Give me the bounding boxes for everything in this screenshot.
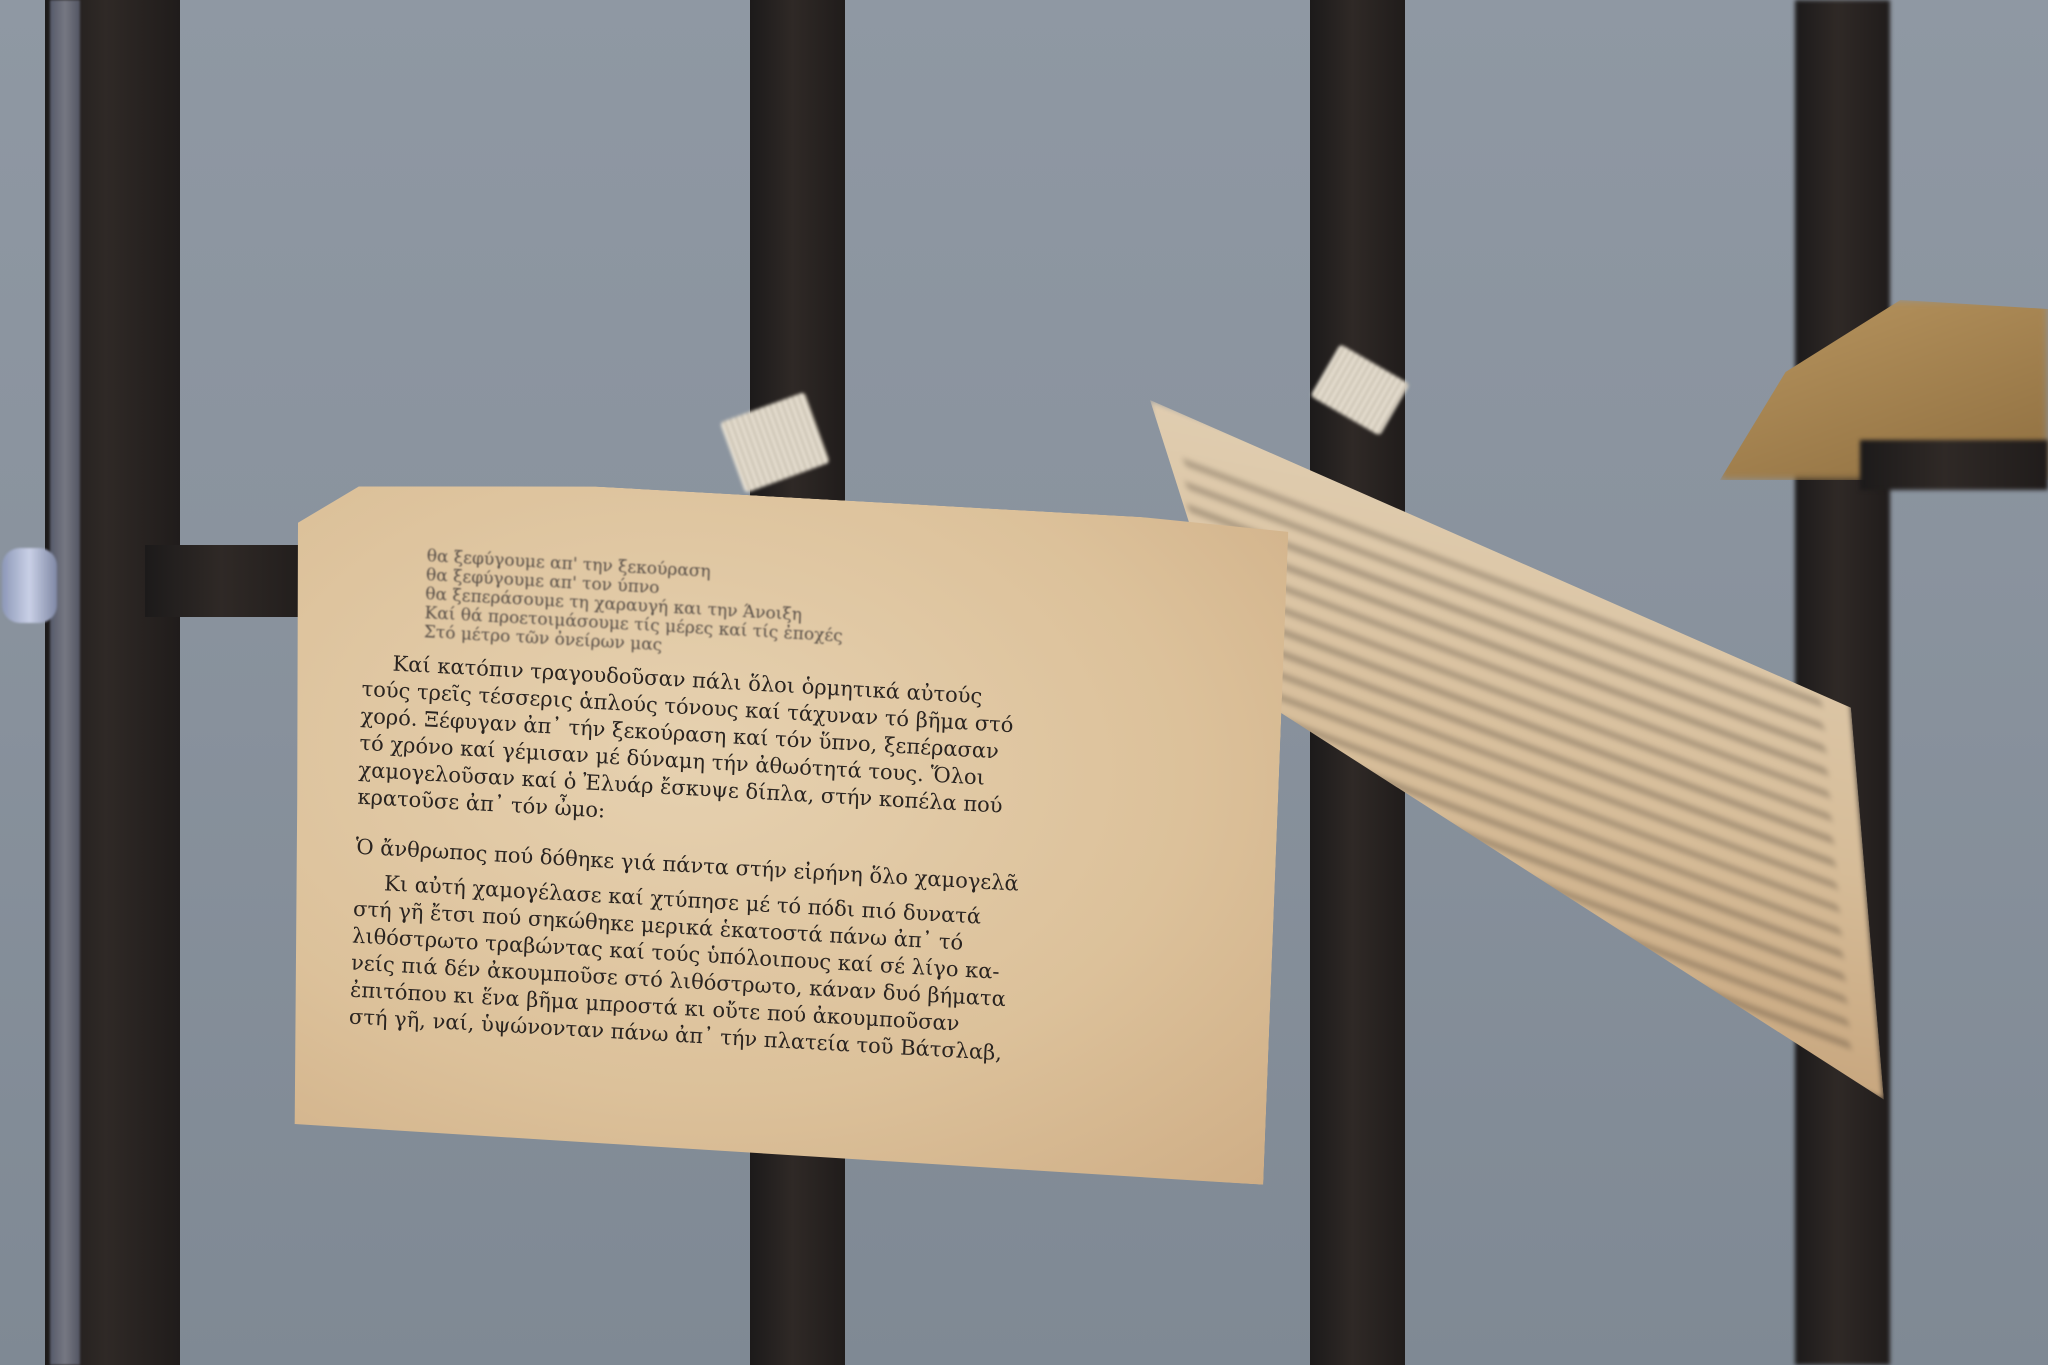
page-text: θα ξεφύγουμε απ' την ξεκούραση θα ξεφύγο…	[349, 544, 1167, 1075]
paragraph-2: Κι αὐτή χαμογέλασε καί χτύπησε μέ τό πόδ…	[349, 869, 1154, 1076]
metal-crossbar-right	[1860, 440, 2048, 490]
metal-bar-far-right	[1795, 0, 1890, 1365]
book-page-main: θα ξεφύγουμε απ' την ξεκούραση θα ξεφύγο…	[275, 470, 1289, 1185]
metal-bar-paint-highlight	[50, 0, 80, 1365]
metal-crossbar-left	[145, 545, 315, 617]
metal-bolt	[2, 548, 57, 623]
paragraph-1: Καί κατόπιν τραγουδοῦσαν πάλι ὅλοι ὁρμητ…	[357, 649, 1162, 856]
